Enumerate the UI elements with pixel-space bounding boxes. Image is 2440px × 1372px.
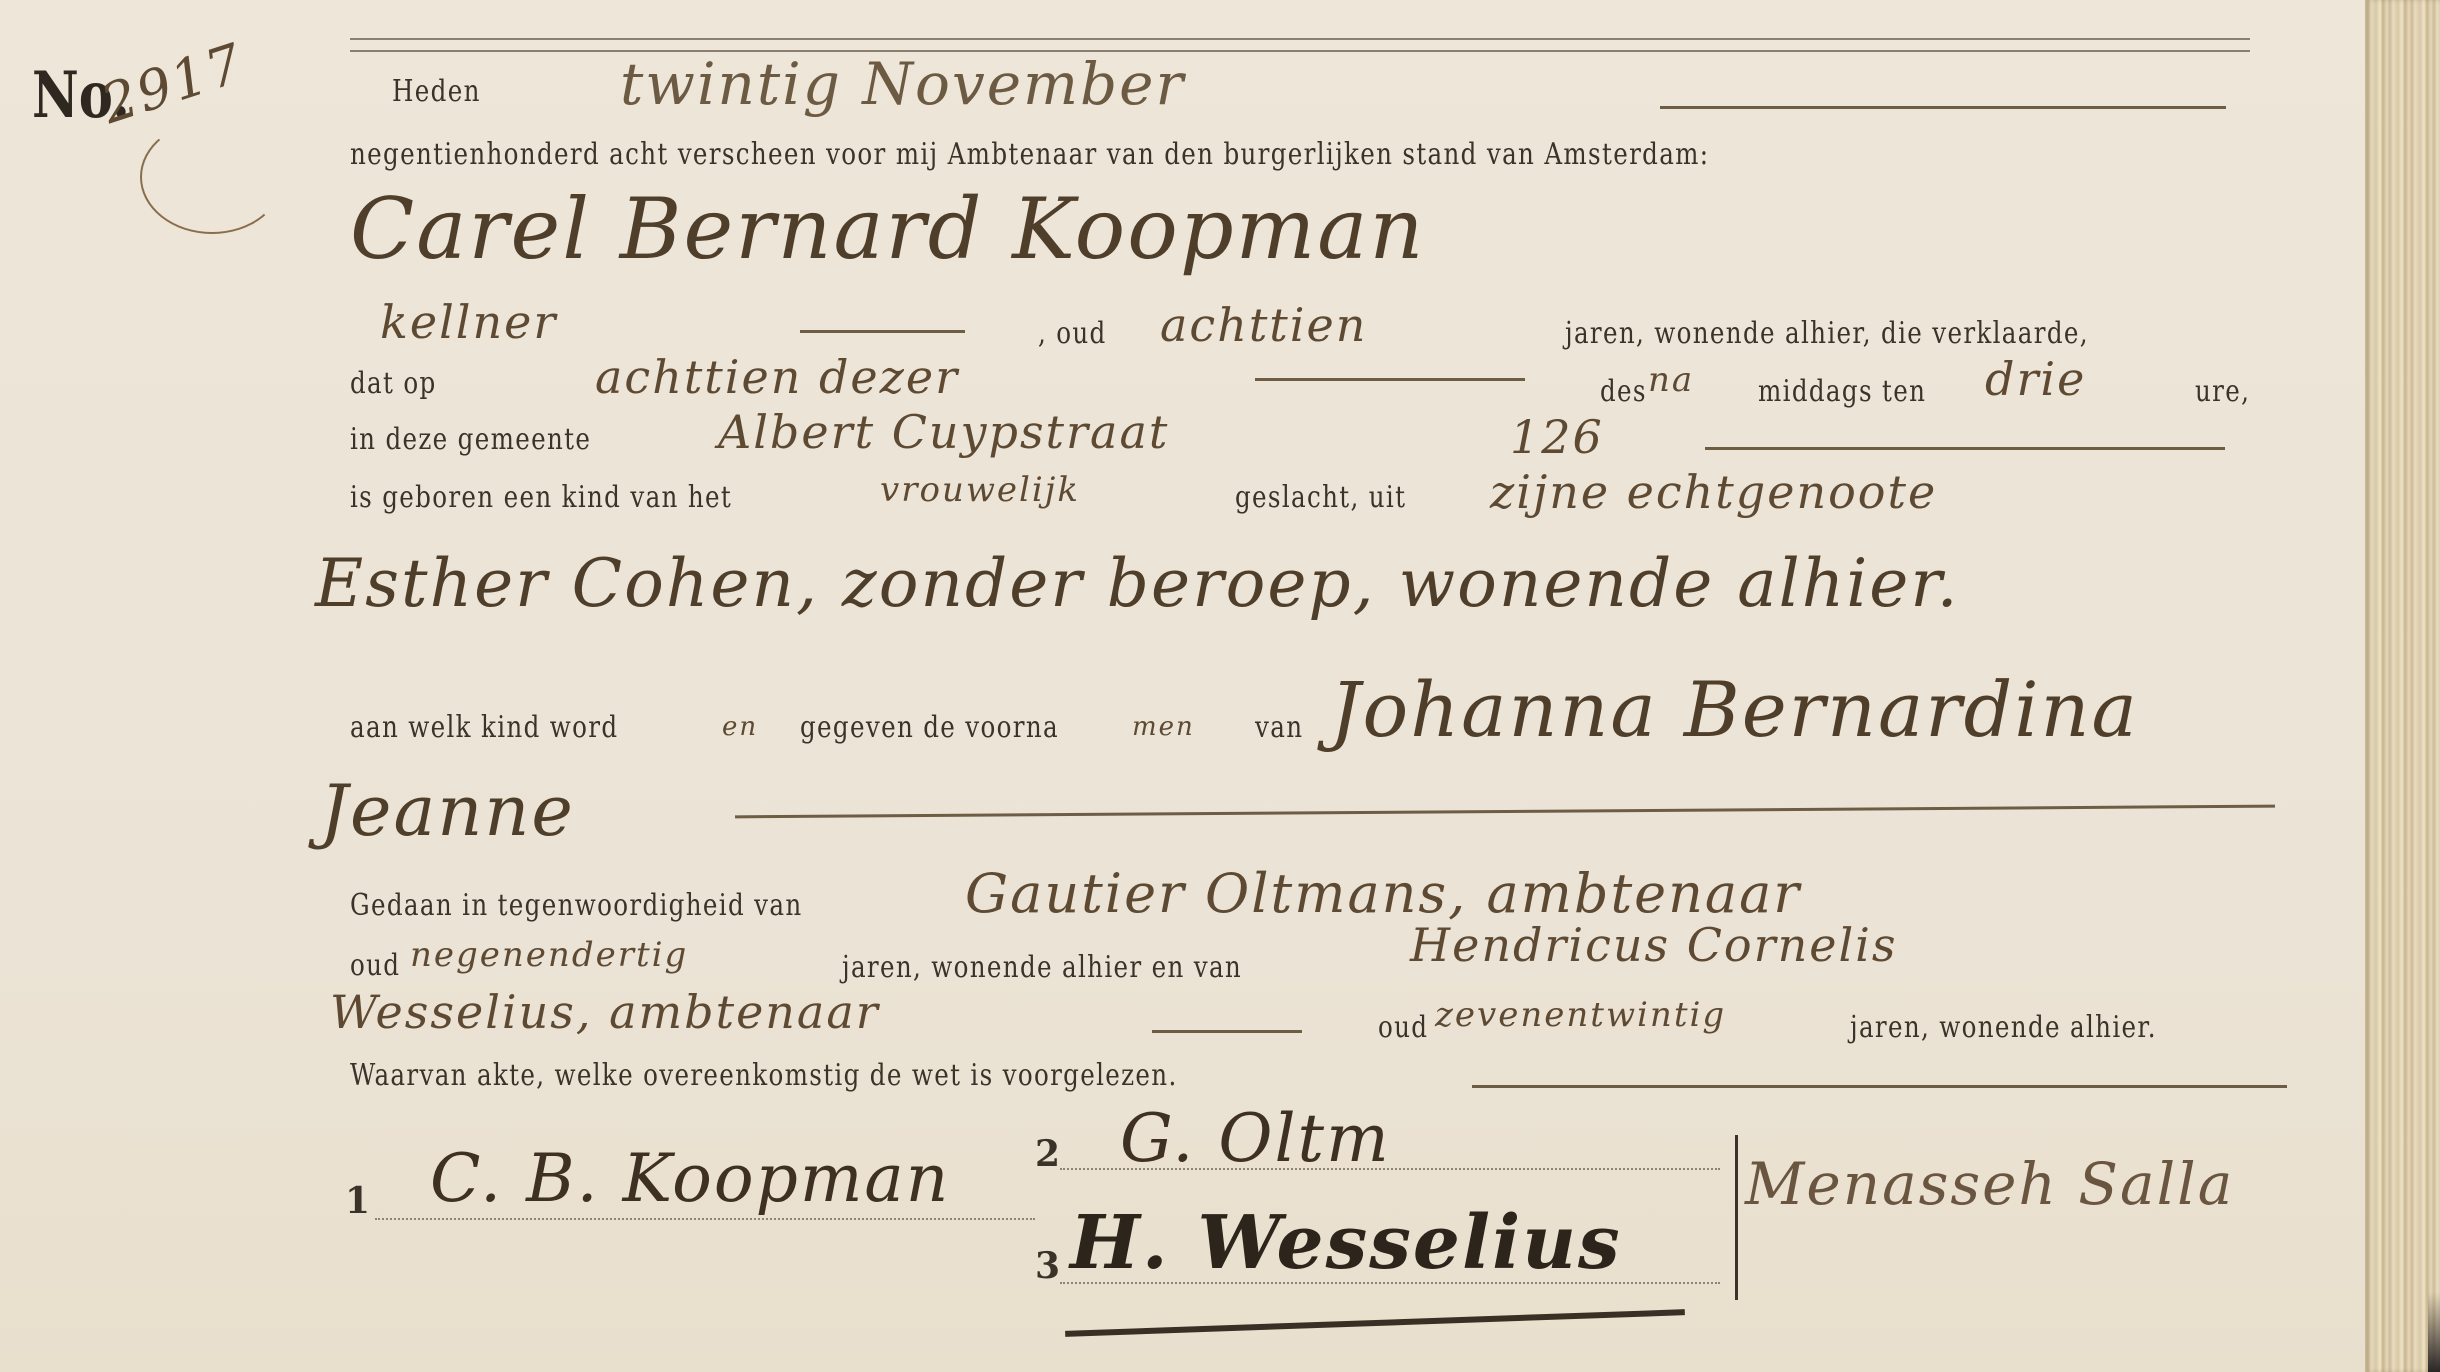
hand-age-declarant: achttien (1160, 298, 1367, 352)
signature-underline-3 (1065, 1309, 1685, 1337)
hand-hour: drie (1985, 352, 2086, 406)
printed-line-4-tail: jaren, wonende alhier, die verklaarde, (1565, 316, 2089, 351)
record-number: 2917 (94, 31, 252, 136)
hand-address: Albert Cuypstraat (718, 405, 1169, 459)
signature-line-1 (375, 1218, 1035, 1220)
fill-line-witness-2 (1152, 1030, 1302, 1033)
printed-ure: ure, (2195, 374, 2250, 409)
signature-witness-1: G. Oltm (1120, 1100, 1391, 1177)
printed-heden: Heden (392, 74, 481, 109)
signature-number-2: 2 (1035, 1133, 1060, 1175)
hand-sex: vrouwelijk (880, 470, 1080, 510)
hand-des: na (1648, 360, 1694, 400)
hand-house-number: 126 (1510, 410, 1604, 464)
signature-official: Menasseh Salla (1745, 1150, 2234, 1218)
hand-age-witness-1: negenendertig (410, 935, 688, 975)
signature-declarant: C. B. Koopman (430, 1140, 950, 1217)
register-page: No. 2917 Heden twintig November negentie… (0, 0, 2365, 1372)
printed-van: van (1255, 710, 1303, 745)
hand-en: en (722, 712, 758, 742)
header-rule-top (350, 38, 2250, 40)
hand-birth-date: achttien dezer (595, 350, 959, 404)
signature-witness-2: H. Wesselius (1070, 1200, 1622, 1286)
printed-gedaan: Gedaan in tegenwoordigheid van (350, 888, 802, 923)
hand-mother: Esther Cohen, zonder beroep, wonende alh… (315, 545, 1960, 622)
printed-des: des (1600, 374, 1647, 409)
hand-declarant-name: Carel Bernard Koopman (350, 180, 1425, 278)
hand-occupation: kellner (380, 295, 557, 349)
printed-datop: dat op (350, 366, 437, 401)
fill-line-date (1255, 378, 1525, 381)
hand-men: men (1132, 712, 1195, 742)
hand-age-witness-2: zevenentwintig (1435, 995, 1726, 1035)
hand-witness-2: Hendricus Cornelis (1410, 918, 1898, 972)
printed-voorna: gegeven de voorna (800, 710, 1059, 745)
hand-witness-1: Gautier Oltmans, ambtenaar (965, 862, 1801, 925)
fill-line-occupation (800, 330, 965, 333)
hand-given-names: Johanna Bernardina (1330, 665, 2139, 754)
fill-line-waarvan (1472, 1085, 2287, 1088)
hand-relation: zijne echtgenoote (1490, 465, 1937, 519)
printed-oud: , oud (1038, 316, 1107, 351)
signature-brace (1735, 1135, 1744, 1300)
signature-number-3: 3 (1035, 1245, 1060, 1287)
printed-line-2: negentienhonderd acht verscheen voor mij… (350, 137, 1709, 172)
binding-shadow (2428, 1292, 2440, 1372)
printed-middags: middags ten (1758, 374, 1926, 409)
printed-jaren-en-van: jaren, wonende alhier en van (842, 950, 1242, 985)
printed-geboren: is geboren een kind van het (350, 480, 732, 515)
fill-line-names (735, 805, 2275, 819)
printed-line-13-tail: jaren, wonende alhier. (1850, 1010, 2157, 1045)
fill-line-1 (1660, 106, 2226, 109)
signature-number-1: 1 (345, 1180, 370, 1222)
fill-line-address (1705, 447, 2225, 450)
printed-gemeente: in deze gemeente (350, 422, 591, 457)
book-binding-edge (2365, 0, 2440, 1372)
hand-given-name-2: Jeanne (320, 770, 575, 852)
printed-waarvan: Waarvan akte, welke overeenkomstig de we… (350, 1058, 1178, 1093)
printed-geslacht: geslacht, uit (1235, 480, 1406, 515)
record-number-flourish (140, 120, 284, 234)
hand-date: twintig November (620, 50, 1185, 118)
printed-welk-kind: aan welk kind word (350, 710, 618, 745)
printed-oud-1: oud (350, 948, 400, 983)
hand-witness-2-surname: Wesselius, ambtenaar (330, 985, 880, 1039)
printed-oud-2: oud (1378, 1010, 1428, 1045)
